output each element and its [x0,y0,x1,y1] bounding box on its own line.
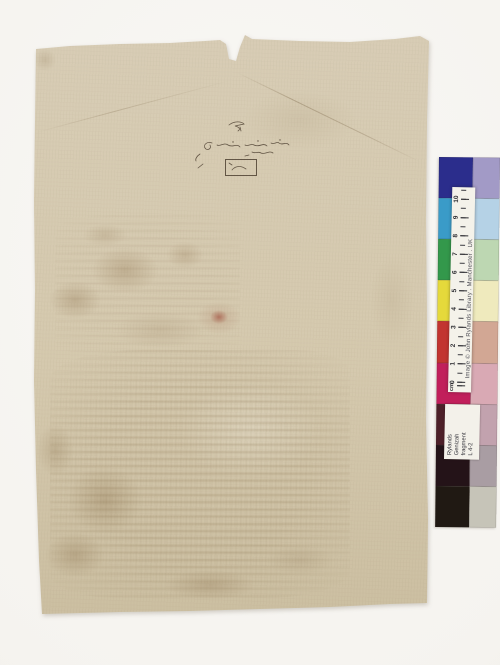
color-patch [471,322,498,363]
color-patch [469,486,496,527]
ruler-tick-number: 4 [450,307,457,311]
ink-stray-mark [198,164,203,168]
color-patch [471,281,498,322]
ruler-tick-number: 5 [451,289,458,293]
label-line: L 4-2 [468,405,476,456]
ruler-tick-number: 2 [449,344,456,348]
ink-flourish [229,122,244,131]
ink-showthrough-upper [55,215,240,355]
fold-crease [237,72,422,163]
ruler-tick-number: 3 [450,325,457,329]
color-patch [472,240,499,281]
color-patch [435,486,469,527]
ruler-tick-number: 7 [451,252,458,256]
ink-script-line [245,144,267,146]
ruler-tick-number: 8 [452,234,459,238]
ruler-tick-number: 0 [449,380,456,384]
cm-ruler: cm 0 1 2 3 4 5 6 7 8 9 10 Image © John R… [448,187,471,392]
ink-dot [232,141,233,142]
ink-dot [257,140,258,141]
photograph-stage: cm 0 1 2 3 4 5 6 7 8 9 10 Image © John R… [0,0,500,665]
ruler-tick-number: 9 [452,216,459,220]
color-patch [470,363,497,404]
ink-margin-scribble [196,142,212,161]
ink-showthrough-lower [50,350,350,598]
shelfmark-label-face: Rylands Genizah fragment L 4-2 [444,404,480,460]
ink-script-line [217,144,240,147]
ink-script-line [271,142,289,145]
ink-dot [279,139,280,140]
ink-box-mark [229,163,246,170]
ruler-tick-number: 10 [452,195,459,202]
parchment-verso [0,0,500,665]
fold-crease [36,80,231,133]
shelfmark-label: Rylands Genizah fragment L 4-2 [444,404,479,459]
ink-script-line [245,152,273,156]
handwritten-inscription [185,113,295,178]
ruler-tick-number: 6 [451,270,458,274]
color-patch [473,157,500,198]
manuscript-fragment [0,0,500,665]
cm-ruler-strip: cm 0 1 2 3 4 5 6 7 8 9 10 Image © John R… [448,187,475,392]
drawn-box [226,160,257,176]
ruler-tick-number: 1 [449,362,456,366]
color-patch [472,198,499,239]
